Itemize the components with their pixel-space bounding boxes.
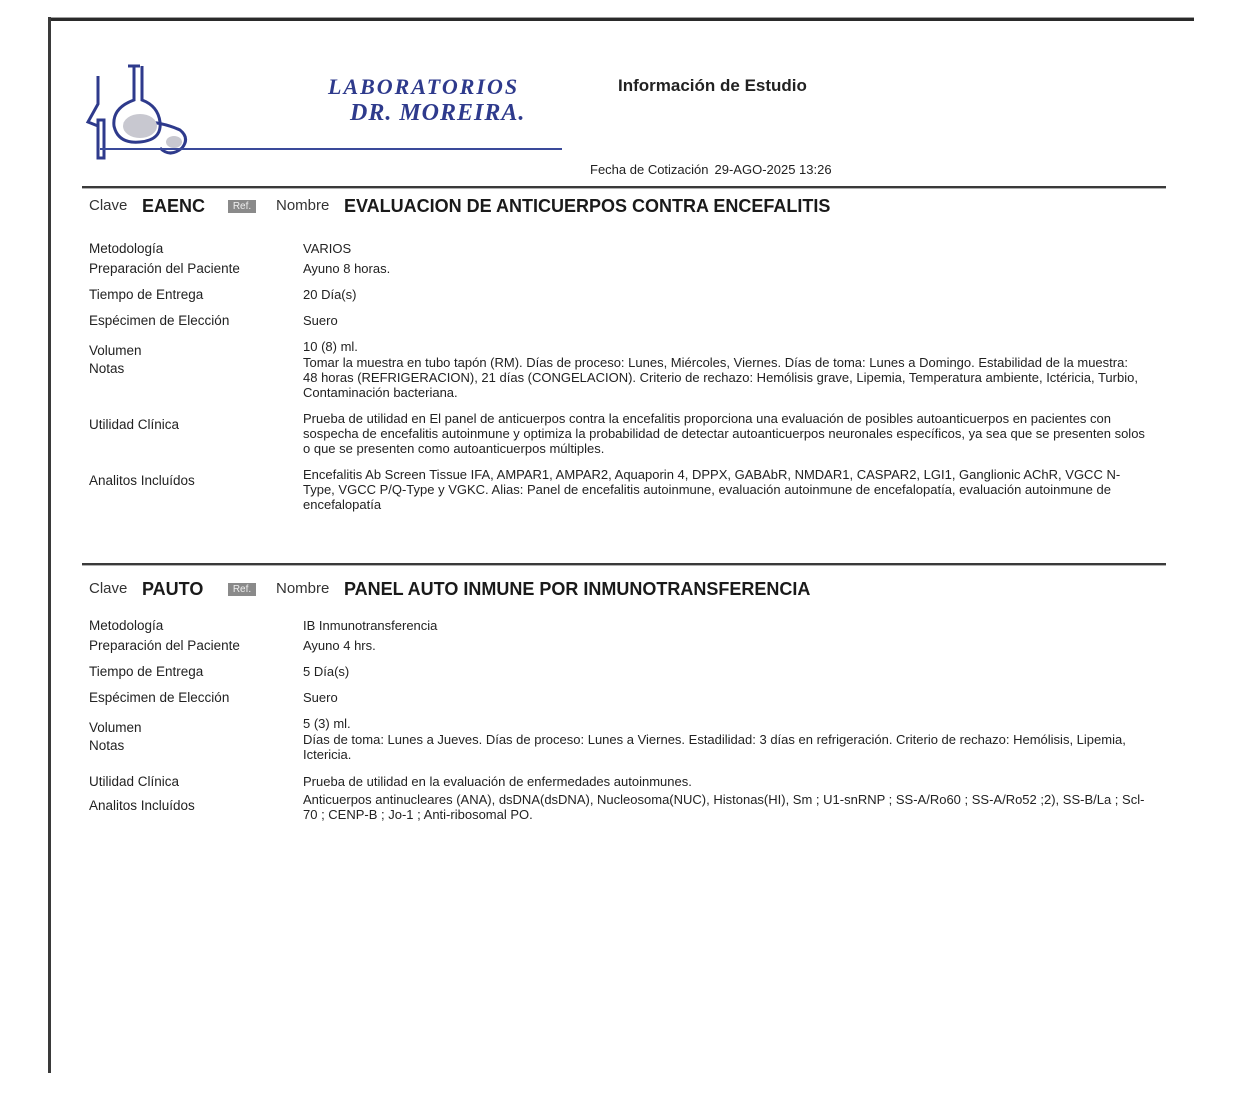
page-frame-top	[48, 17, 1194, 21]
field-value: 5 Día(s)	[303, 664, 1166, 690]
study-section: Clave EAENC Ref. Nombre EVALUACION DE AN…	[82, 186, 1166, 523]
clave-label: Clave	[89, 580, 127, 597]
field-analitos: Analitos Incluídos Encefalitis Ab Screen…	[82, 467, 1166, 523]
field-value: Anticuerpos antinucleares (ANA), dsDNA(d…	[303, 792, 1166, 832]
brand-name-line2: DR. MOREIRA.	[350, 100, 525, 127]
nombre-label: Nombre	[276, 197, 329, 214]
field-label: Metodología	[82, 241, 303, 261]
ref-badge[interactable]: Ref.	[228, 583, 256, 596]
field-utilidad: Utilidad Clínica Prueba de utilidad en E…	[82, 411, 1166, 467]
field-metodologia: Metodología VARIOS	[82, 241, 1166, 261]
field-label: Tiempo de Entrega	[82, 664, 303, 690]
field-value: Días de toma: Lunes a Jueves. Días de pr…	[303, 732, 1166, 772]
field-value: Prueba de utilidad en El panel de anticu…	[303, 411, 1166, 467]
study-code: EAENC	[142, 196, 205, 217]
field-label: Analitos Incluídos	[82, 792, 303, 832]
field-value: 10 (8) ml.	[303, 339, 1166, 355]
field-label: Espécimen de Elección	[82, 313, 303, 339]
field-especimen: Espécimen de Elección Suero	[82, 690, 1166, 716]
quote-date-value: 29-AGO-2025 13:26	[715, 162, 832, 177]
field-value: IB Inmunotransferencia	[303, 618, 1166, 638]
flask-logo-icon	[84, 64, 214, 160]
field-analitos: Analitos Incluídos Anticuerpos antinucle…	[82, 792, 1166, 832]
ref-badge[interactable]: Ref.	[228, 200, 256, 213]
field-value: VARIOS	[303, 241, 1166, 261]
field-notas: Notas Tomar la muestra en tubo tapón (RM…	[82, 355, 1166, 411]
page-frame-left	[48, 17, 51, 1073]
field-value: Encefalitis Ab Screen Tissue IFA, AMPAR1…	[303, 467, 1166, 523]
field-label: Espécimen de Elección	[82, 690, 303, 716]
field-label: Volumen	[82, 716, 303, 732]
study-header: Clave PAUTO Ref. Nombre PANEL AUTO INMUN…	[82, 572, 1166, 606]
clave-label: Clave	[89, 197, 127, 214]
study-header: Clave EAENC Ref. Nombre EVALUACION DE AN…	[82, 189, 1166, 223]
field-utilidad: Utilidad Clínica Prueba de utilidad en l…	[82, 772, 1166, 792]
field-preparacion: Preparación del Paciente Ayuno 4 hrs.	[82, 638, 1166, 664]
field-label: Notas	[82, 355, 303, 411]
field-value: Suero	[303, 313, 1166, 339]
section-divider	[82, 563, 1166, 566]
brand-name-line1: LABORATORIOS	[328, 74, 519, 100]
field-label: Tiempo de Entrega	[82, 287, 303, 313]
field-value: 20 Día(s)	[303, 287, 1166, 313]
study-name: PANEL AUTO INMUNE POR INMUNOTRANSFERENCI…	[344, 579, 810, 600]
field-notas: Notas Días de toma: Lunes a Jueves. Días…	[82, 732, 1166, 772]
field-label: Preparación del Paciente	[82, 261, 303, 287]
field-tiempo: Tiempo de Entrega 20 Día(s)	[82, 287, 1166, 313]
study-fields: Metodología IB Inmunotransferencia Prepa…	[82, 618, 1166, 832]
field-preparacion: Preparación del Paciente Ayuno 8 horas.	[82, 261, 1166, 287]
study-code: PAUTO	[142, 579, 203, 600]
field-label: Analitos Incluídos	[82, 467, 303, 523]
brand-underline	[100, 148, 562, 150]
field-metodologia: Metodología IB Inmunotransferencia	[82, 618, 1166, 638]
field-volumen: Volumen 5 (3) ml.	[82, 716, 1166, 732]
study-fields: Metodología VARIOS Preparación del Pacie…	[82, 241, 1166, 523]
study-name: EVALUACION DE ANTICUERPOS CONTRA ENCEFAL…	[344, 196, 830, 217]
field-value: Suero	[303, 690, 1166, 716]
field-value: Prueba de utilidad en la evaluación de e…	[303, 772, 1166, 792]
field-value: Ayuno 4 hrs.	[303, 638, 1166, 664]
field-label: Preparación del Paciente	[82, 638, 303, 664]
field-value: 5 (3) ml.	[303, 716, 1166, 732]
document-title: Información de Estudio	[618, 76, 807, 96]
field-label: Utilidad Clínica	[82, 772, 303, 792]
field-value: Ayuno 8 horas.	[303, 261, 1166, 287]
field-tiempo: Tiempo de Entrega 5 Día(s)	[82, 664, 1166, 690]
field-label: Utilidad Clínica	[82, 411, 303, 467]
brand-logo: LABORATORIOS DR. MOREIRA.	[300, 72, 562, 152]
quote-date: Fecha de Cotización29-AGO-2025 13:26	[590, 162, 832, 177]
study-section: Clave PAUTO Ref. Nombre PANEL AUTO INMUN…	[82, 563, 1166, 832]
field-volumen: Volumen 10 (8) ml.	[82, 339, 1166, 355]
field-especimen: Espécimen de Elección Suero	[82, 313, 1166, 339]
nombre-label: Nombre	[276, 580, 329, 597]
field-label: Volumen	[82, 339, 303, 355]
field-label: Notas	[82, 732, 303, 772]
quote-date-label: Fecha de Cotización	[590, 162, 709, 177]
field-value: Tomar la muestra en tubo tapón (RM). Día…	[303, 355, 1166, 411]
field-label: Metodología	[82, 618, 303, 638]
